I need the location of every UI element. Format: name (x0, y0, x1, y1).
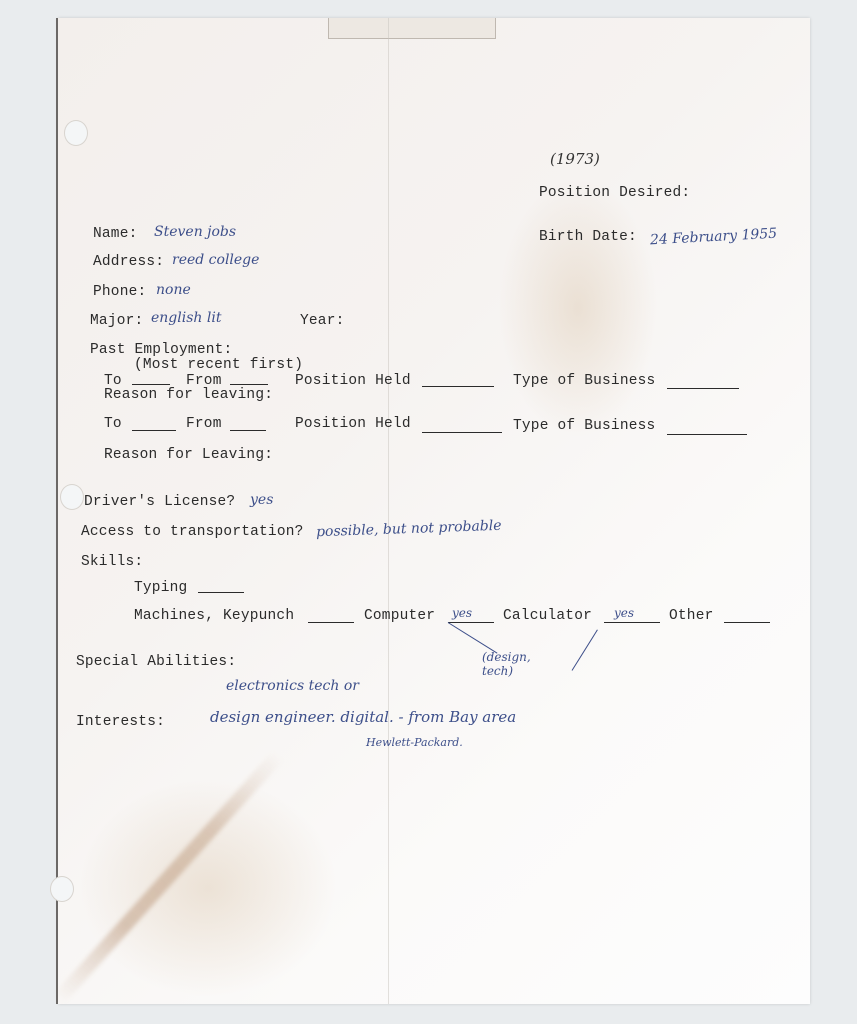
skills-label: Skills: (81, 554, 143, 570)
birth-date-value: 24 February 1955 (650, 226, 778, 249)
punch-hole (64, 120, 88, 146)
computer-value: yes (452, 606, 472, 620)
keypunch-blank[interactable] (308, 610, 354, 623)
typing-blank[interactable] (198, 580, 244, 593)
address-label: Address: (93, 254, 164, 270)
other-blank[interactable] (724, 610, 770, 623)
year-label: Year: (300, 313, 345, 329)
punch-hole (60, 484, 84, 510)
phone-value: none (156, 282, 191, 298)
stain (498, 178, 658, 438)
interests-value-employer: Hewlett-Packard. (366, 736, 463, 749)
transportation-label: Access to transportation? (81, 524, 304, 540)
type-of-business-blank[interactable] (667, 376, 739, 389)
punch-hole (50, 876, 74, 902)
to-blank[interactable] (132, 372, 170, 385)
from-blank[interactable] (230, 418, 266, 431)
drivers-license-label: Driver's License? (84, 494, 235, 510)
tape-strip (328, 18, 496, 39)
from-label: From (186, 416, 222, 432)
past-employment-label: Past Employment: (90, 342, 232, 358)
position-held-blank[interactable] (422, 420, 502, 433)
reason-for-leaving-label: Reason for leaving: (104, 387, 273, 403)
special-abilities-label: Special Abilities: (76, 654, 236, 670)
interests-label: Interests: (76, 714, 165, 730)
skills-annotation: (design, tech) (482, 650, 552, 678)
past-employment-sublabel: (Most recent first) (134, 357, 303, 373)
phone-label: Phone: (93, 284, 146, 300)
position-held-label: Position Held (295, 416, 411, 432)
other-label: Other (669, 608, 714, 624)
calculator-value: yes (614, 606, 634, 620)
transportation-value: possible, but not probable (316, 518, 502, 540)
interests-value: design engineer. digital. - from Bay are… (210, 708, 516, 726)
typing-label: Typing (134, 580, 187, 596)
drivers-license-value: yes (250, 492, 273, 508)
name-value: Steven jobs (154, 224, 236, 240)
birth-date-label: Birth Date: (539, 229, 637, 245)
position-held-label: Position Held (295, 373, 411, 389)
paper-fold (388, 18, 389, 1004)
annotation-arrow (448, 622, 498, 654)
to-label: To (104, 416, 122, 432)
application-form-paper: (1973) Position Desired: Birth Date: 24 … (58, 18, 810, 1004)
type-of-business-label: Type of Business (513, 418, 655, 434)
from-blank[interactable] (230, 372, 268, 385)
year-note: (1973) (550, 150, 600, 168)
annotation-arrow (572, 630, 598, 671)
type-of-business-blank[interactable] (667, 422, 747, 435)
major-label: Major: (90, 313, 143, 329)
computer-label: Computer (364, 608, 435, 624)
special-abilities-value: electronics tech or (226, 678, 359, 694)
calculator-label: Calculator (503, 608, 592, 624)
type-of-business-label: Type of Business (513, 373, 655, 389)
reason-for-leaving-label: Reason for Leaving: (104, 447, 273, 463)
major-value: english lit (151, 310, 221, 326)
position-desired-label: Position Desired: (539, 185, 690, 201)
name-label: Name: (93, 226, 138, 242)
machines-keypunch-label: Machines, Keypunch (134, 608, 294, 624)
position-held-blank[interactable] (422, 374, 494, 387)
stain (78, 778, 338, 998)
to-blank[interactable] (132, 418, 176, 431)
address-value: reed college (172, 252, 259, 268)
